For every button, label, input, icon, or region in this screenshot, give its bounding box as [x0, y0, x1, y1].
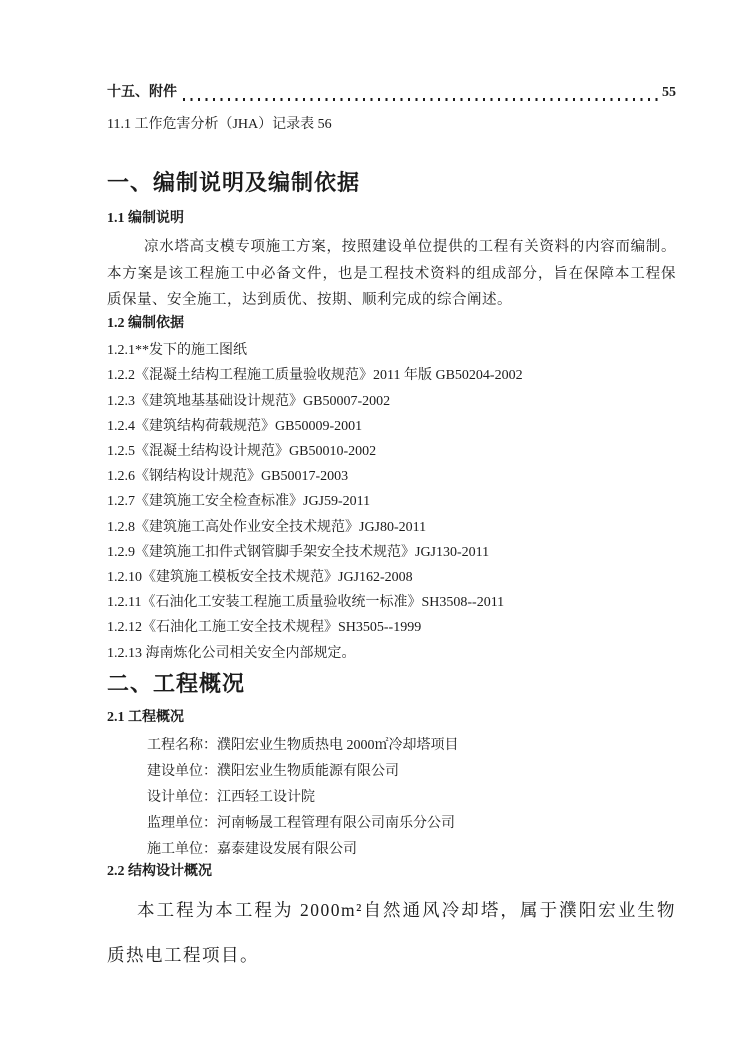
- reference-item: 1.2.2《混凝土结构工程施工质量验收规范》2011 年版 GB50204-20…: [107, 363, 676, 388]
- reference-item: 1.2.4《建筑结构荷载规范》GB50009-2001: [107, 414, 676, 439]
- subsection-1-1-heading: 1.1 编制说明: [107, 210, 676, 228]
- subsection-2-2-heading: 2.2 结构设计概况: [107, 863, 676, 881]
- section-1-heading: 一、编制说明及编制依据: [107, 169, 676, 197]
- project-info-name: 工程名称：濮阳宏业生物质热电 2000㎡冷却塔项目: [147, 733, 676, 759]
- toc-entry-jha: 11.1 工作危害分析（JHA）记录表 56: [107, 116, 676, 134]
- reference-item: 1.2.6《钢结构设计规范》GB50017-2003: [107, 464, 676, 489]
- reference-item: 1.2.1**发下的施工图纸: [107, 338, 676, 363]
- reference-item: 1.2.12《石油化工施工安全技术规程》SH3505--1999: [107, 615, 676, 640]
- reference-item: 1.2.3《建筑地基基础设计规范》GB50007-2002: [107, 389, 676, 414]
- reference-item: 1.2.10《建筑施工模板安全技术规范》JGJ162-2008: [107, 565, 676, 590]
- project-info-supervisor: 监理单位：河南畅晟工程管理有限公司南乐分公司: [147, 811, 676, 837]
- toc-dot-leader: [183, 98, 659, 101]
- project-info-designer: 设计单位：江西轻工设计院: [147, 785, 676, 811]
- document-page: 十五、附件 55 11.1 工作危害分析（JHA）记录表 56 一、编制说明及编…: [0, 0, 744, 1052]
- toc-entry-label: 十五、附件: [107, 84, 177, 102]
- reference-item: 1.2.5《混凝土结构设计规范》GB50010-2002: [107, 439, 676, 464]
- reference-item: 1.2.7《建筑施工安全检查标准》JGJ59-2011: [107, 489, 676, 514]
- subsection-2-1-heading: 2.1 工程概况: [107, 709, 676, 727]
- reference-list: 1.2.1**发下的施工图纸 1.2.2《混凝土结构工程施工质量验收规范》201…: [107, 338, 676, 666]
- toc-page-number: 55: [662, 84, 676, 102]
- reference-item: 1.2.11《石油化工安装工程施工质量验收统一标准》SH3508--2011: [107, 590, 676, 615]
- reference-item: 1.2.9《建筑施工扣件式钢管脚手架安全技术规范》JGJ130-2011: [107, 540, 676, 565]
- project-info-contractor: 施工单位：嘉泰建设发展有限公司: [147, 837, 676, 863]
- section-2-heading: 二、工程概况: [107, 670, 676, 698]
- reference-item: 1.2.8《建筑施工高处作业安全技术规范》JGJ80-2011: [107, 515, 676, 540]
- reference-item: 1.2.13 海南炼化公司相关安全内部规定。: [107, 641, 676, 666]
- subsection-1-2-heading: 1.2 编制依据: [107, 315, 676, 333]
- subsection-2-2-paragraph: 本工程为本工程为 2000m²自然通风冷却塔，属于濮阳宏业生物质热电工程项目。: [107, 888, 676, 978]
- subsection-1-1-paragraph: 凉水塔高支模专项施工方案，按照建设单位提供的工程有关资料的内容而编制。本方案是该…: [107, 234, 676, 314]
- toc-entry-appendix: 十五、附件 55: [107, 84, 676, 102]
- project-info-owner: 建设单位：濮阳宏业生物质能源有限公司: [147, 759, 676, 785]
- project-info-list: 工程名称：濮阳宏业生物质热电 2000㎡冷却塔项目 建设单位：濮阳宏业生物质能源…: [107, 733, 676, 863]
